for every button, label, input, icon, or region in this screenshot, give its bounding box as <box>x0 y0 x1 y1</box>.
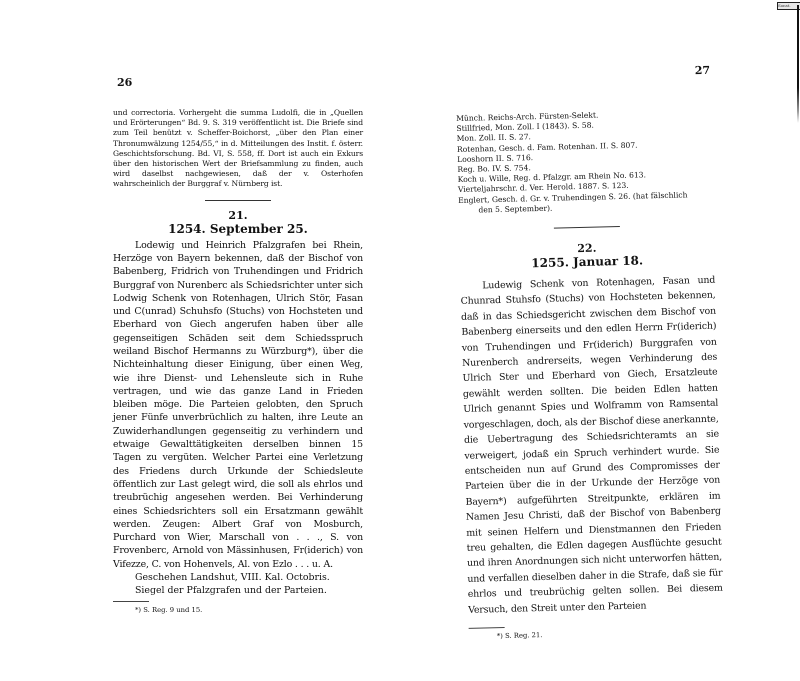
entry-text: Lodewig und Heinrich Pfalzgrafen bei Rhe… <box>113 239 363 571</box>
section-divider <box>205 200 271 201</box>
page-number: 27 <box>455 64 710 88</box>
intro-note-text: und correctoria. Vorhergeht die summa Lu… <box>113 108 363 190</box>
entry-date: 1254. September 25. <box>113 222 363 237</box>
section-divider <box>553 226 619 229</box>
entry-dated-line: Geschehen Landshut, VIII. Kal. Octobris. <box>113 571 363 584</box>
scan-edge-line <box>797 5 799 123</box>
footnote: *) S. Reg. 21. <box>469 627 724 642</box>
intro-note: und correctoria. Vorhergeht die summa Lu… <box>113 108 363 190</box>
entry-text: Ludewig Schenk von Rotenhagen, Fasan und… <box>460 273 723 618</box>
right-page: 27 Münch. Reichs-Arch. Fürsten-Selekt. S… <box>455 64 724 642</box>
entry-body: Ludewig Schenk von Rotenhagen, Fasan und… <box>460 273 723 618</box>
entry-number: 21. <box>113 209 363 222</box>
source-list: Münch. Reichs-Arch. Fürsten-Selekt. Stil… <box>456 108 713 216</box>
scanned-book-spread: Sonst. 26 und correctoria. Vorhergeht di… <box>0 0 800 681</box>
entry-seal-line: Siegel der Pfalzgrafen und der Parteien. <box>113 584 363 597</box>
entry-body: Lodewig und Heinrich Pfalzgrafen bei Rhe… <box>113 239 363 571</box>
left-page: 26 und correctoria. Vorhergeht die summa… <box>113 76 363 615</box>
footnote-rule <box>469 627 505 629</box>
footnote-rule <box>113 601 149 602</box>
page-number: 26 <box>117 76 363 94</box>
footnote: *) S. Reg. 9 und 15. <box>113 606 363 615</box>
